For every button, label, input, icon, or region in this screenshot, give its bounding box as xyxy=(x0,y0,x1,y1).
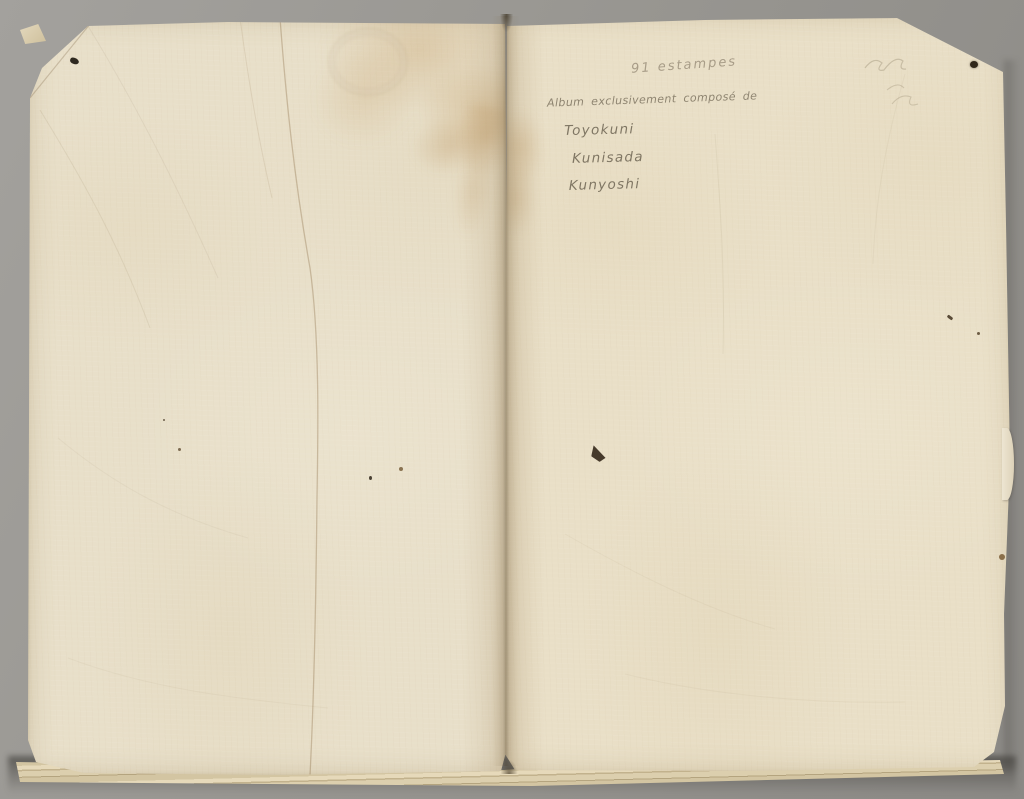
crease-line xyxy=(68,658,328,708)
artist-name: Kunisada xyxy=(572,143,645,172)
scribble-stroke xyxy=(865,59,906,70)
center-gutter xyxy=(492,16,520,766)
crease-lines xyxy=(28,18,508,775)
paper-speck xyxy=(977,332,980,335)
left-page xyxy=(28,18,508,775)
crease-line xyxy=(280,18,318,775)
photograph-background: 91 estampes Album exclusivement composé … xyxy=(0,0,1024,799)
crease-line xyxy=(625,674,905,702)
folded-corner-tip xyxy=(20,24,46,44)
paper-speck xyxy=(178,448,181,451)
foxing-dot xyxy=(399,467,403,471)
crease-line xyxy=(58,438,248,538)
crease-line xyxy=(88,26,218,278)
artist-name: Toyokuni xyxy=(564,116,644,146)
gutter-top-notch xyxy=(500,14,513,38)
crease-line xyxy=(40,110,150,328)
crease-line xyxy=(240,18,272,198)
paper-speck xyxy=(163,419,165,421)
illegible-pencil-scribble xyxy=(857,42,937,126)
paper-speck xyxy=(369,476,372,480)
artist-name: Kunyoshi xyxy=(568,171,645,200)
scribble-stroke xyxy=(887,85,918,105)
foxing-dot xyxy=(999,554,1005,560)
pencil-artist-list: Toyokuni Kunisada Kunyoshi xyxy=(564,116,645,201)
wormhole-dot xyxy=(970,61,978,68)
right-page: 91 estampes Album exclusivement composé … xyxy=(505,14,1011,772)
crease-line xyxy=(565,534,775,629)
gutter-bottom-notch xyxy=(501,756,519,774)
crease-line xyxy=(715,134,724,354)
